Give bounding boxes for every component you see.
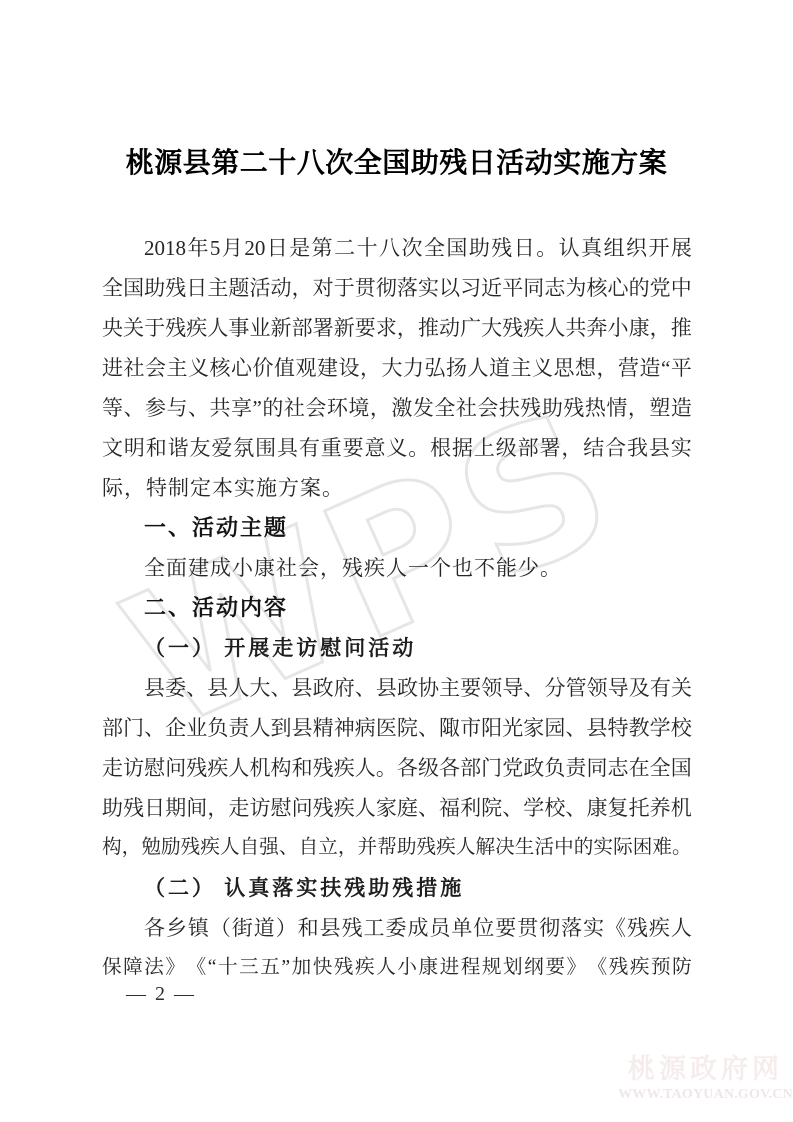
document-line: 等、参与、共享”的社会环境，激发全社会扶残助残热情，塑造 (102, 388, 692, 428)
document-title: 桃源县第二十八次全国助残日活动实施方案 (0, 144, 793, 184)
document-line: （二） 认真落实扶残助残措施 (102, 868, 692, 908)
document-line: 进社会主义核心价值观建设，大力弘扬人道主义思想，营造“平 (102, 348, 692, 388)
document-line: 各乡镇（街道）和县残工委成员单位要贯彻落实《残疾人 (102, 908, 692, 948)
document-line: （一） 开展走访慰问活动 (102, 628, 692, 668)
site-watermark-name: 桃源政府网 (618, 1052, 793, 1086)
site-watermark-url: WWW.TAOYUAN.GOV.CN (618, 1086, 793, 1104)
document-lines: 2018年5月20日是第二十八次全国助残日。认真组织开展全国助残日主题活动，对于… (102, 228, 692, 988)
document-line: 文明和谐友爱氛围具有重要意义。根据上级部署，结合我县实 (102, 428, 692, 468)
document-line: 全国助残日主题活动，对于贯彻落实以习近平同志为核心的党中 (102, 268, 692, 308)
site-watermark: 桃源政府网 WWW.TAOYUAN.GOV.CN (618, 1052, 793, 1104)
document-line: 央关于残疾人事业新部署新要求，推动广大残疾人共奔小康，推 (102, 308, 692, 348)
document-line: 构，勉励残疾人自强、自立，并帮助残疾人解决生活中的实际困难。 (102, 828, 692, 868)
document-line: 一、活动主题 (102, 508, 692, 548)
document-line: 县委、县人大、县政府、县政协主要领导、分管领导及有关 (102, 668, 692, 708)
document-line: 部门、企业负责人到县精神病医院、陬市阳光家园、县特教学校 (102, 708, 692, 748)
document-line: 2018年5月20日是第二十八次全国助残日。认真组织开展 (102, 228, 692, 268)
document-line: 全面建成小康社会，残疾人一个也不能少。 (102, 548, 692, 588)
document-line: 二、活动内容 (102, 588, 692, 628)
document-page: WPS 桃源县第二十八次全国助残日活动实施方案 2018年5月20日是第二十八次… (0, 0, 793, 1122)
document-line: 走访慰问残疾人机构和残疾人。各级各部门党政负责同志在全国 (102, 748, 692, 788)
page-number: — 2 — (126, 976, 196, 1012)
document-line: 助残日期间，走访慰问残疾人家庭、福利院、学校、康复托养机 (102, 788, 692, 828)
document-line: 际，特制定本实施方案。 (102, 468, 692, 508)
